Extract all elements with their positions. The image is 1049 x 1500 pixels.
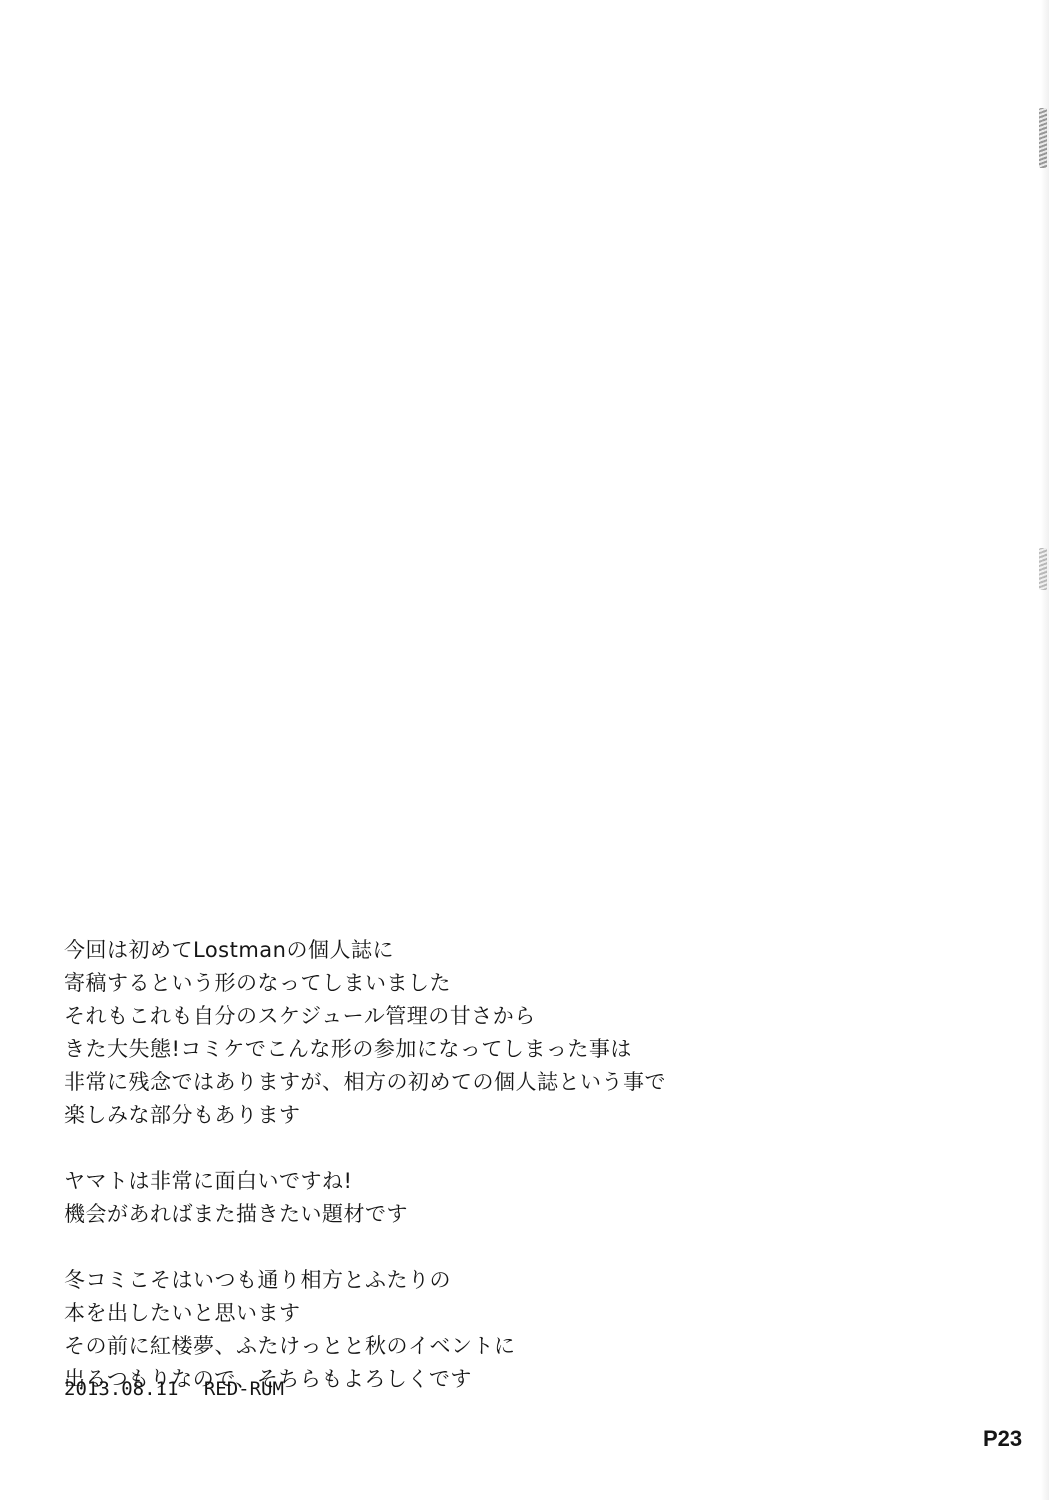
- afterword-paragraph-1: 今回は初めてLostmanの個人誌に 寄稿するという形のなってしまいました それ…: [64, 934, 666, 1132]
- signature-author: RED-RUM: [204, 1378, 284, 1400]
- text-line: 非常に残念ではありますが、相方の初めての個人誌という事で: [64, 1066, 666, 1099]
- text-line: 今回は初めてLostmanの個人誌に: [64, 934, 666, 967]
- bleed-artifact-top: [1039, 108, 1047, 168]
- page-number: P23: [983, 1426, 1022, 1452]
- text-line: ヤマトは非常に面白いですね!: [64, 1165, 666, 1198]
- text-line: 寄稿するという形のなってしまいました: [64, 967, 666, 1000]
- afterword-text: 今回は初めてLostmanの個人誌に 寄稿するという形のなってしまいました それ…: [64, 934, 666, 1429]
- text-line: 楽しみな部分もあります: [64, 1099, 666, 1132]
- signature: 2013.08.11 RED-RUM: [64, 1378, 284, 1400]
- afterword-paragraph-3: 冬コミこそはいつも通り相方とふたりの 本を出したいと思います その前に紅楼夢、ふ…: [64, 1264, 666, 1396]
- bleed-artifact-middle: [1039, 548, 1047, 590]
- afterword-paragraph-2: ヤマトは非常に面白いですね! 機会があればまた描きたい題材です: [64, 1165, 666, 1231]
- signature-date: 2013.08.11: [64, 1378, 178, 1400]
- text-line: きた大失態!コミケでこんな形の参加になってしまった事は: [64, 1033, 666, 1066]
- page-edge-shadow: [1041, 0, 1049, 1500]
- text-line: その前に紅楼夢、ふたけっとと秋のイベントに: [64, 1330, 666, 1363]
- text-line: 冬コミこそはいつも通り相方とふたりの: [64, 1264, 666, 1297]
- text-line: 本を出したいと思います: [64, 1297, 666, 1330]
- text-line: 機会があればまた描きたい題材です: [64, 1198, 666, 1231]
- text-line: それもこれも自分のスケジュール管理の甘さから: [64, 1000, 666, 1033]
